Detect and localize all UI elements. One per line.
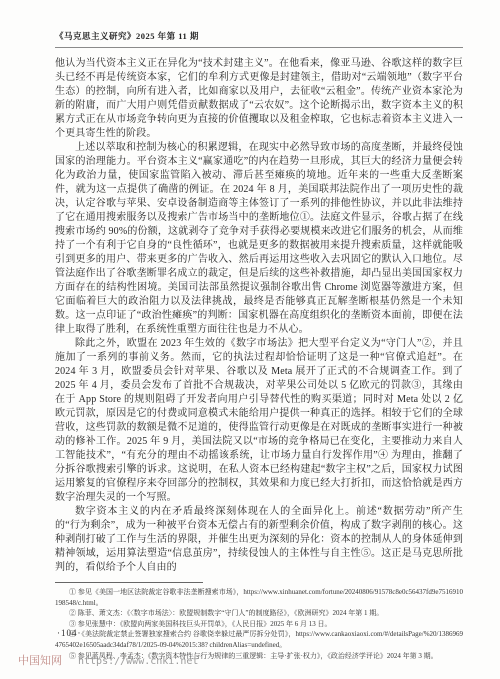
journal-header: 《马克思主义研究》2025 年第 11 期 [55,30,463,47]
footnote-item: ④ 《美法院裁定禁止签署独家搜索合约 谷歌侥幸躲过最严厉拆分处罚》，https:… [55,629,463,650]
journal-page: 《马克思主义研究》2025 年第 11 期 他认为当代资本主义正在异化为“技术封… [0,0,500,679]
article-body: 他认为当代资本主义正在异化为“技术封建主义”。在他看来，像亚马逊、谷歌这样的数字… [55,57,463,575]
body-paragraph: 上述以萃取和控制为核心的积累逻辑，在现实中必然导致市场的高度垄断，并最终侵蚀国家… [55,141,463,337]
content-area: 《马克思主义研究》2025 年第 11 期 他认为当代资本主义正在异化为“技术封… [55,30,463,661]
cnki-brand-logo: 中国知网 [18,655,62,667]
footnote-item: ② 陈菲、萧文杰：《〈数字市场法〉：欧盟规制数字“守门人”的制度路径》，《欧洲研… [55,608,463,619]
body-paragraph: 除此之外，欧盟在 2023 年生效的《数字市场法》把大型平台定义为“守门人”②，… [55,337,463,505]
footnote-item: ③ 参见张慧中：《欧盟向两家美国科技巨头开罚单》，《人民日报》2025 年 6 … [55,619,463,630]
cnki-watermark: 中国知网https://www.cnki.net [18,652,198,668]
footnote-item: ① 参见《美国一地区法院裁定谷歌非法垄断搜索市场》，https://www.xi… [55,587,463,608]
page-number: ·104· [57,628,82,638]
header-rule [55,47,463,48]
body-paragraph: 他认为当代资本主义正在异化为“技术封建主义”。在他看来，像亚马逊、谷歌这样的数字… [55,57,463,141]
body-paragraph: 数字资本主义的内在矛盾最终深刻体现在人的全面异化上。前述“数据劳动”所产生的“行… [55,505,463,575]
footnotes-section: ① 参见《美国一地区法院裁定谷歌非法垄断搜索市场》，https://www.xi… [55,587,463,661]
cnki-url: https://www.cnki.net [78,656,198,667]
footnote-separator [55,582,203,583]
